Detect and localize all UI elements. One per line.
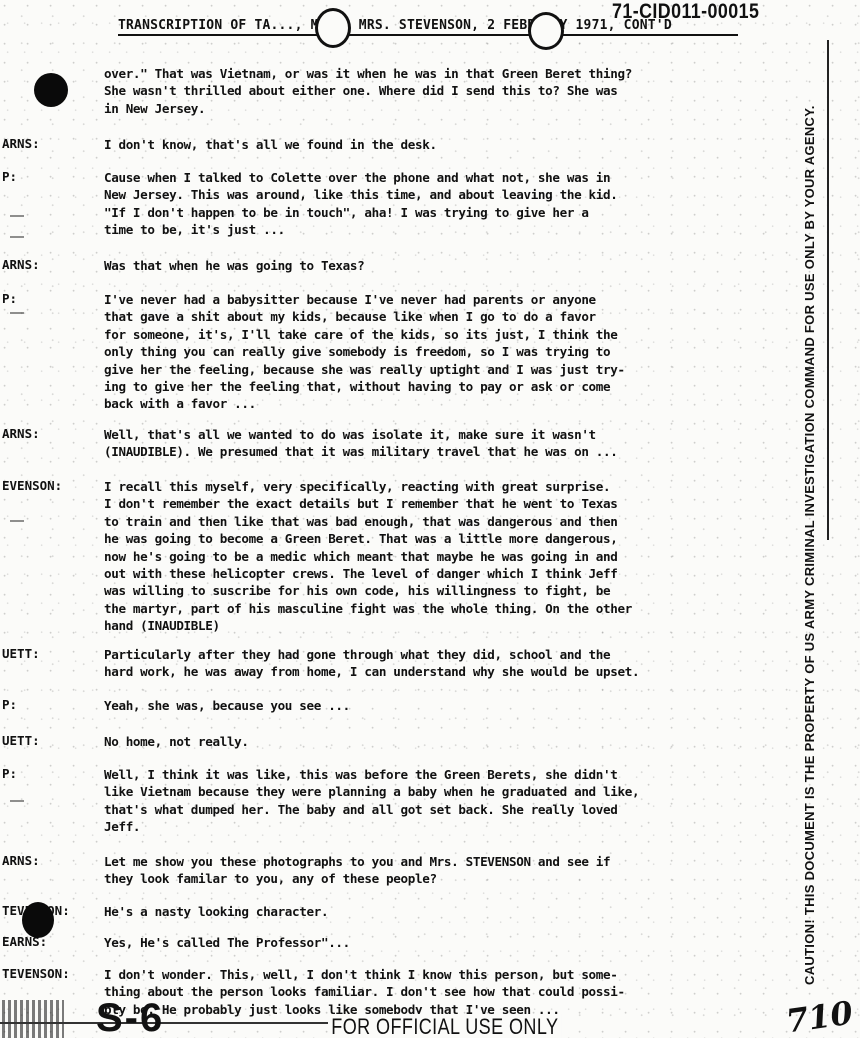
entry-text: Well, I think it was like, this was befo…: [104, 766, 774, 836]
page-mark: S-6: [96, 996, 164, 1038]
entry-text: I don't wonder. This, well, I don't thin…: [104, 966, 774, 1018]
entry-text: I don't know, that's all we found in the…: [104, 136, 774, 153]
entry-text: I've never had a babysitter because I've…: [104, 291, 774, 413]
entry-text: Particularly after they had gone through…: [104, 646, 774, 681]
caution-notice: CAUTION! THIS DOCUMENT IS THE PROPERTY O…: [802, 105, 817, 985]
entry-text: He's a nasty looking character.: [104, 903, 774, 920]
entry-text: Yes, He's called The Professor"...: [104, 934, 774, 951]
speaker-label: P:: [2, 766, 98, 781]
handwritten-page-number: 710: [784, 994, 855, 1038]
entry-text: Well, that's all we wanted to do was iso…: [104, 426, 774, 461]
speaker-label: P:: [2, 291, 98, 306]
entry-text: I recall this myself, very specifically,…: [104, 478, 774, 635]
margin-mark: [10, 800, 24, 802]
speaker-label: ARNS:: [2, 853, 98, 868]
speaker-label: P:: [2, 169, 98, 184]
speaker-label: P:: [2, 697, 98, 712]
entry-text: No home, not really.: [104, 733, 774, 750]
speaker-label: ARNS:: [2, 136, 98, 151]
entry-text: Was that when he was going to Texas?: [104, 257, 774, 274]
punch-hole-icon: [34, 73, 68, 107]
speaker-label: TEVENSON:: [2, 966, 98, 981]
document-page: 71-CID011-00015 TRANSCRIPTION OF TA..., …: [0, 0, 860, 1038]
speaker-label: EVENSON:: [2, 478, 98, 493]
classification-label: FOR OFFICIAL USE ONLY: [328, 1014, 562, 1038]
margin-mark: [10, 520, 24, 522]
speaker-label: ARNS:: [2, 426, 98, 441]
speaker-label: ARNS:: [2, 257, 98, 272]
speaker-label: UETT:: [2, 646, 98, 661]
punch-hole-icon: [315, 8, 351, 48]
entry-text: Cause when I talked to Colette over the …: [104, 169, 774, 239]
entry-text: over." That was Vietnam, or was it when …: [104, 65, 774, 117]
speaker-label: UETT:: [2, 733, 98, 748]
stamp-mark: [2, 1000, 64, 1038]
margin-mark: [10, 312, 24, 314]
entry-text: Let me show you these photographs to you…: [104, 853, 774, 888]
page-header: TRANSCRIPTION OF TA..., MR. & MRS. STEVE…: [118, 18, 738, 36]
speaker-label: EARNS:: [2, 934, 98, 949]
punch-hole-icon: [528, 12, 564, 50]
margin-mark: [10, 215, 24, 217]
entry-text: Yeah, she was, because you see ...: [104, 697, 774, 714]
side-rule-line: [827, 40, 829, 540]
margin-mark: [10, 236, 24, 238]
punch-hole-icon: [22, 902, 54, 938]
